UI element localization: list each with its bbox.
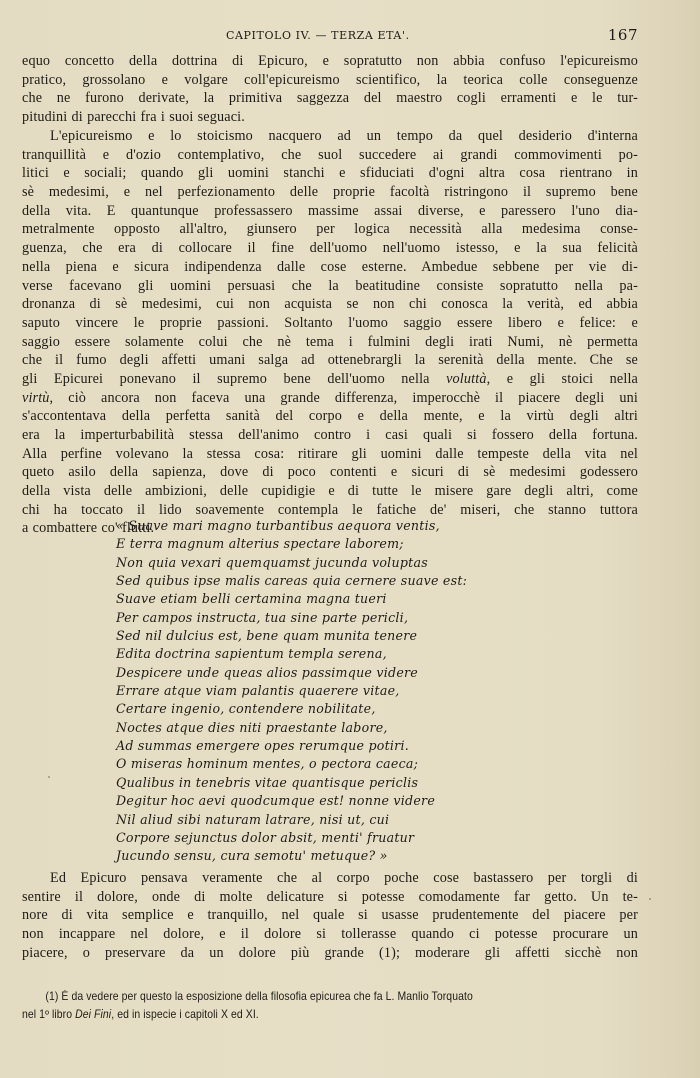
text-line: Alla perfine volevano la stessa cosa: ri… [22,445,638,464]
verse-line: Corpore sejunctus dolor absit, menti' fr… [116,829,516,847]
verse-line: Sed nil dulcius est, bene quam munita te… [116,627,516,645]
text-line: L'epicureismo e lo stoicismo nacquero ad… [22,127,638,146]
verse-line: Degitur hoc aevi quodcumque est! nonne v… [116,792,516,810]
text-fragment: , e gli stoici nella [487,371,638,387]
text-line: guenza, che era di collocare il fine del… [22,239,638,258]
text-line: s'accontentava della perfetta sanità del… [22,407,638,426]
text-line-with-italic: virtù, ciò ancora non faceva una grande … [22,389,638,408]
text-line: nella piena e sicura indipendenza dalle … [22,258,638,277]
text-line: sentire il dolore, onde di molte delicat… [22,888,638,907]
text-line: piacere, o preservare da un dolore più g… [22,944,638,963]
text-line-with-italic: gli Epicurei ponevano il supremo bene de… [22,370,638,389]
verse-line: Ad summas emergere opes rerumque potiri. [116,737,516,755]
text-fragment: gli Epicurei ponevano il supremo bene de… [22,371,446,387]
running-head: CAPITOLO IV. — TERZA ETA'. 167 [22,26,638,46]
text-line: saggio essere solamente colui che nè tem… [22,333,638,352]
verse-line: O miseras hominum mentes, o pectora caec… [116,755,516,773]
verse-line: Noctes atque dies niti praestante labore… [116,719,516,737]
text-line: era la imperturbabilità stessa dell'anim… [22,426,638,445]
text-line: nore di vita semplice e tranquillo, nel … [22,906,638,925]
footnote: (1) È da vedere per questo la esposizion… [22,988,576,1024]
footnote-line: (1) È da vedere per questo la esposizion… [22,988,576,1006]
verse-line: Certare ingenio, contendere nobilitate, [116,700,516,718]
verse-line: Per campos instructa, tua sine parte per… [116,609,516,627]
verse-line: E terra magnum alterius spectare laborem… [116,535,516,553]
verse-line: Jucundo sensu, cura semotu' metuque? » [116,847,516,865]
page-number: 167 [608,26,638,44]
text-line: della vista delle ambizioni, delle cupid… [22,482,638,501]
text-line: della vita. E quantunque professassero m… [22,202,638,221]
text-line: che il fumo degli affetti umani salga ad… [22,351,638,370]
text-fragment: , ciò ancora non faceva una grande diffe… [50,390,638,406]
text-line: dronanza di sè medesimi, cui non acquist… [22,295,638,314]
italic-term-volutta: voluttà [446,371,486,387]
paragraph-epicureanism-stoicism: L'epicureismo e lo stoicismo nacquero ad… [22,127,638,538]
paragraph-epicurus-thought: Ed Epicuro pensava veramente che al corp… [22,869,638,962]
text-line: equo concetto della dottrina di Epicuro,… [22,52,638,71]
lucretius-verse-quote: « Suave mari magno turbantibus aequora v… [116,517,516,866]
running-title: CAPITOLO IV. — TERZA ETA'. [226,29,410,42]
text-line: pratico, grossolano e volgare coll'epicu… [22,71,638,90]
text-line: queto asilo della sapienza, dove di poco… [22,463,638,482]
verse-line: Sed quibus ipse malis careas quia cerner… [116,572,516,590]
verse-line: Edita doctrina sapientum templa serena, [116,645,516,663]
paper-speck [48,776,50,778]
verse-line: Despicere unde queas alios passimque vid… [116,664,516,682]
text-line: Ed Epicuro pensava veramente che al corp… [22,869,638,888]
verse-line: Qualibus in tenebris vitae quantisque pe… [116,774,516,792]
text-line: litici e sociali; quando gli uomini stan… [22,164,638,183]
text-fragment: , ed in ispecie i capitoli X ed XI. [111,1008,259,1021]
verse-line: Nil aliud sibi naturam latrare, nisi ut,… [116,811,516,829]
text-line: che ne furono derivate, la primitiva sag… [22,89,638,108]
verse-line: « Suave mari magno turbantibus aequora v… [116,517,516,535]
text-line: verse facevano gli uomini persuasi che l… [22,277,638,296]
verse-line: Errare atque viam palantis quaerere vita… [116,682,516,700]
italic-term-virtu: virtù [22,390,50,406]
text-line: tranquillità e d'ozio contemplativo, che… [22,146,638,165]
italic-book-title: Dei Fini [75,1008,111,1021]
text-line: pitudini di parecchi fra i suoi seguaci. [22,108,638,127]
verse-line: Suave etiam belli certamina magna tueri [116,590,516,608]
text-line: metralmente opposto all'altro, giunsero … [22,220,638,239]
verse-line: Non quia vexari quemquamst jucunda volup… [116,554,516,572]
text-line: sè medesimi, e nel perfezionamento delle… [22,183,638,202]
text-line: saputo vincere le proprie passioni. Solt… [22,314,638,333]
text-fragment: nel 1º libro [22,1008,75,1021]
text-line: non incappare nel dolore, e il dolore si… [22,925,638,944]
footnote-line: nel 1º libro Dei Fini, ed in ispecie i c… [22,1006,576,1024]
paragraph-continuation: equo concetto della dottrina di Epicuro,… [22,52,638,127]
paper-speck [649,898,651,900]
